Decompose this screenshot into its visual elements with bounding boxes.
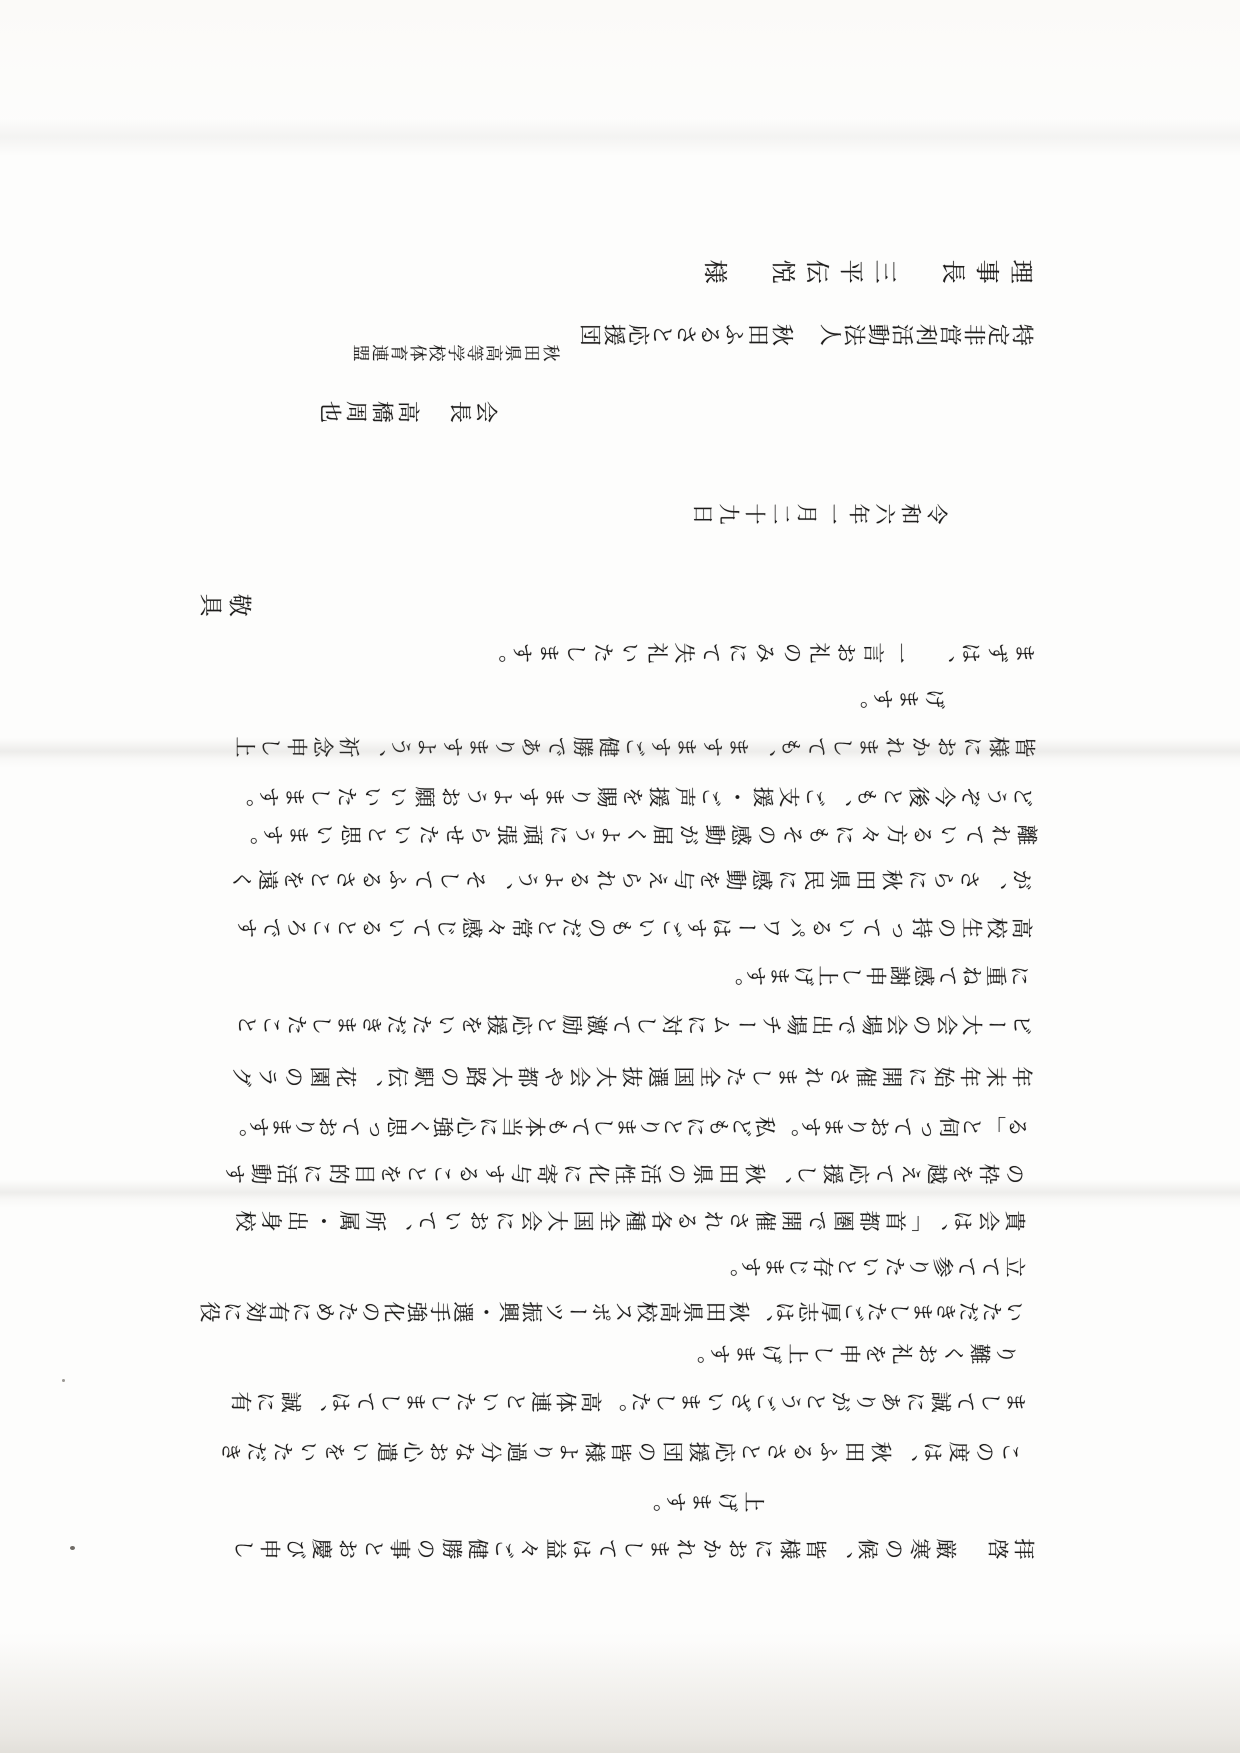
letter-line-body: 貴会は、「首都圏で開催される各種全国大会において、所属・出身校 (231, 1209, 1027, 1230)
letter-line-recipient-person: 理事長 三平伝悦 様 (694, 257, 1034, 281)
letter-line-closing-word: 敬具 (194, 591, 252, 614)
ink-speck (70, 1546, 75, 1550)
letter-line-sender-org: 秋田県高等学校体育連盟 (351, 341, 560, 358)
letter-line-body: 高校生の持っているパワーはすごいものだと常々感じているところです (233, 916, 1033, 937)
letter-line-body-opening: 拝啓 厳寒の候、皆様におかれましては益々ご健勝の事とお慶び申し (229, 1537, 1035, 1558)
ink-speck (62, 1379, 65, 1382)
letter-line-body: る」と伺っております。私どもにとりましても本当に心強く思っております。 (224, 1115, 1029, 1136)
letter-line-body: どうぞ今後とも、ご支援・ご声援を賜りますようお願いいたします。 (228, 785, 1034, 806)
letter-line-date: 令和六年一月二十九日 (688, 502, 948, 523)
letter-line-body: の枠を越えて応援し、秋田県の活性化に寄与することを目的に活動す (220, 1162, 1026, 1183)
letter-sheet: 拝啓 厳寒の候、皆様におかれましては益々ご健勝の事とお慶び申し上げます。この度は… (0, 0, 1240, 1753)
letter-line-body: 皆様におかれましても、ますますご健勝でありますよう、祈念申し上 (230, 735, 1036, 756)
letter-line-body: まずは、 一言お礼のみにて失礼いたします。 (480, 641, 1037, 662)
letter-line-body: いただきましたご厚志は、秋田県高校スポーツ振興・選手強化のために有効に役 (198, 1300, 1026, 1321)
letter-line-body: が、さらに秋田県民に感動を与えられるよう、そしてふるさとを遠く (227, 868, 1033, 889)
letter-line-body: まして誠にありがとうございました。高体連といたしましては、誠に有 (227, 1390, 1027, 1411)
letter-line-body: り難くお礼を申し上げます。 (679, 1342, 1017, 1363)
letter-line-body: に重ねて感謝申し上げます。 (719, 964, 1031, 985)
letter-line-sender-title-name: 会長 高橋周也 (316, 398, 498, 420)
letter-line-body: 上げます。 (635, 1490, 765, 1511)
letter-line-body: 立てて参りたいと存じます。 (714, 1255, 1026, 1276)
letter-line-recipient-org: 特定非営利活動法人 秋田ふるさと応援団 (578, 321, 1034, 343)
letter-line-body: 離れている方々にもその感動が届くように頑張らせたいと思います。 (232, 823, 1038, 844)
letter-line-body: ビー大会の会場で出場チームに対して激励と応援をいただきましたこと (233, 1013, 1033, 1034)
letter-line-body: この度は、秋田ふるさと応援団の皆様より過分なお心遣いをいただき (216, 1440, 1022, 1461)
letter-line-body: げます。 (842, 687, 946, 708)
scanned-letter-page: 拝啓 厳寒の候、皆様におかれましては益々ご健勝の事とお慶び申し上げます。この度は… (0, 0, 1240, 1753)
letter-line-body: 年末年始に開催されました全国選抜大会や都大路の駅伝、花園のラグ (227, 1065, 1033, 1086)
